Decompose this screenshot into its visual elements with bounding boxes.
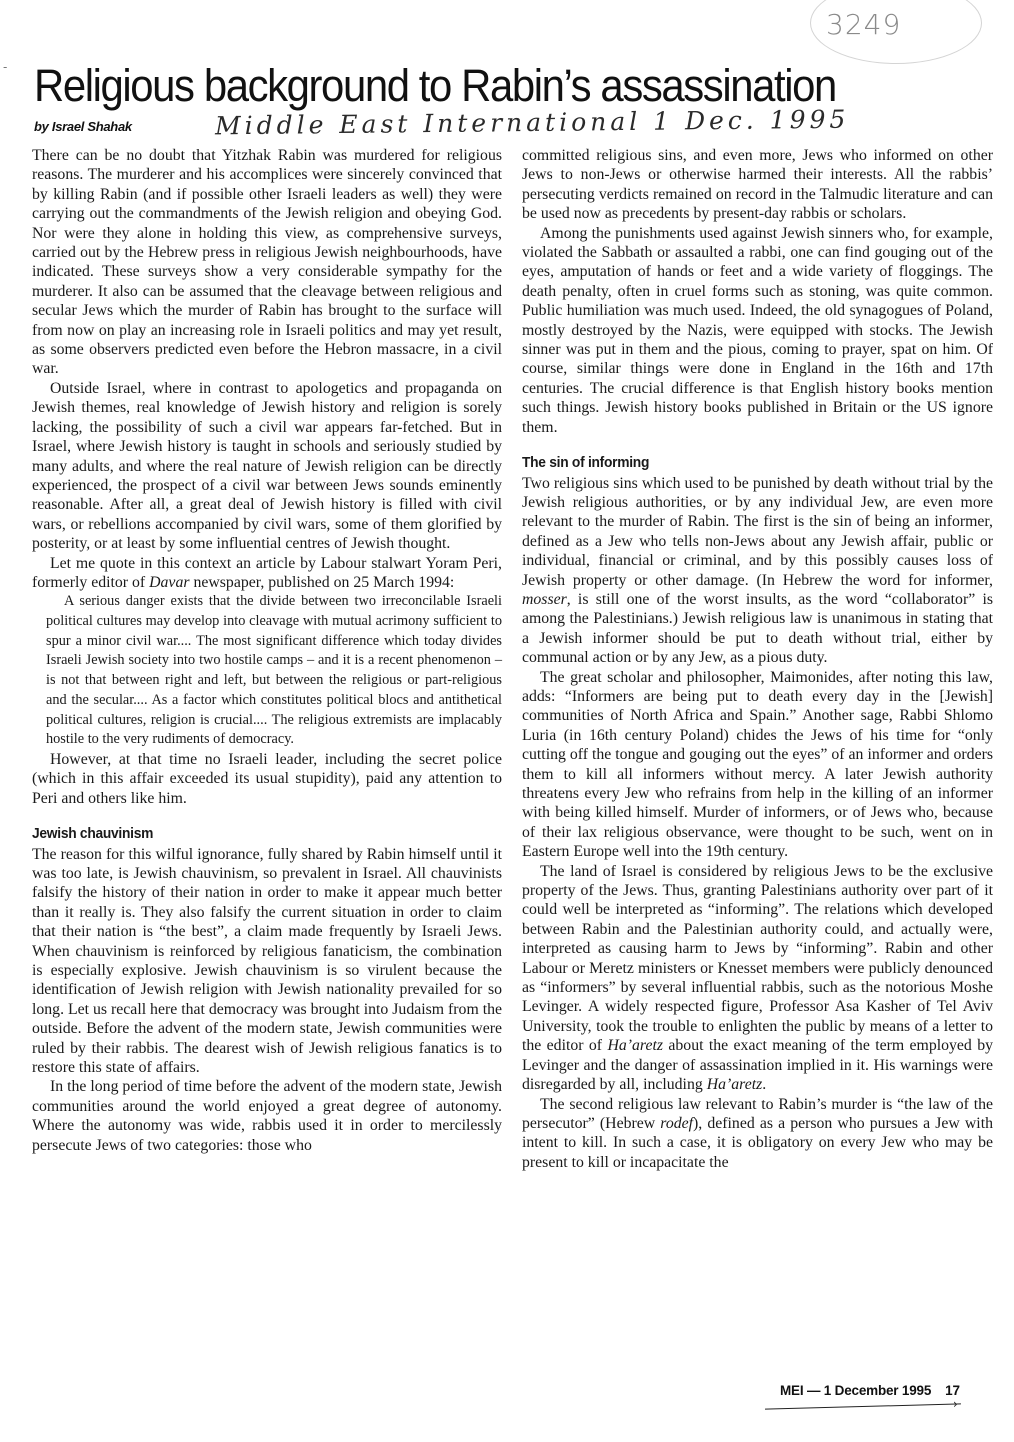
block-quote: A serious danger exists that the divide … bbox=[46, 592, 502, 750]
hebrew-term: mosser bbox=[522, 591, 567, 608]
publication-name: Ha’aretz bbox=[607, 1037, 663, 1054]
article-byline: by Israel Shahak bbox=[34, 119, 132, 134]
arrow-icon: › bbox=[953, 1397, 958, 1411]
paragraph: The land of Israel is considered by reli… bbox=[522, 862, 993, 1095]
paragraph: committed religious sins, and even more,… bbox=[522, 146, 993, 224]
publication-name: Ha’aretz bbox=[707, 1076, 763, 1093]
right-column: committed religious sins, and even more,… bbox=[522, 146, 993, 1172]
paragraph: There can be no doubt that Yitzhak Rabin… bbox=[32, 146, 502, 379]
left-column: There can be no doubt that Yitzhak Rabin… bbox=[32, 146, 502, 1155]
article-headline: Religious background to Rabin’s assassin… bbox=[34, 60, 836, 112]
publication-name: Davar bbox=[149, 574, 189, 591]
paragraph: In the long period of time before the ad… bbox=[32, 1077, 502, 1155]
archive-number: 3249 bbox=[826, 8, 901, 41]
section-heading: Jewish chauvinism bbox=[32, 824, 464, 843]
section-heading: The sin of informing bbox=[522, 453, 955, 472]
hebrew-term: rodef bbox=[660, 1115, 693, 1132]
paragraph: The reason for this wilful ignorance, fu… bbox=[32, 845, 502, 1078]
paragraph: The great scholar and philosopher, Maimo… bbox=[522, 668, 993, 862]
paragraph: Among the punishments used against Jewis… bbox=[522, 224, 993, 437]
paragraph: Two religious sins which used to be puni… bbox=[522, 474, 993, 668]
page-footer: MEI — 1 December 199517 bbox=[780, 1383, 960, 1398]
paragraph: Outside Israel, where in contrast to apo… bbox=[32, 379, 502, 554]
footer-publication: MEI — 1 December 1995 bbox=[780, 1383, 931, 1398]
paragraph: However, at that time no Israeli leader,… bbox=[32, 750, 502, 808]
paragraph: Let me quote in this context an article … bbox=[32, 554, 502, 593]
paragraph: The second religious law relevant to Rab… bbox=[522, 1095, 993, 1173]
handwritten-source-note: Middle East International 1 Dec. 1995 bbox=[215, 105, 850, 141]
handwritten-underline bbox=[765, 1403, 961, 1411]
margin-mark: - bbox=[3, 60, 7, 74]
page-number: 17 bbox=[945, 1383, 960, 1398]
